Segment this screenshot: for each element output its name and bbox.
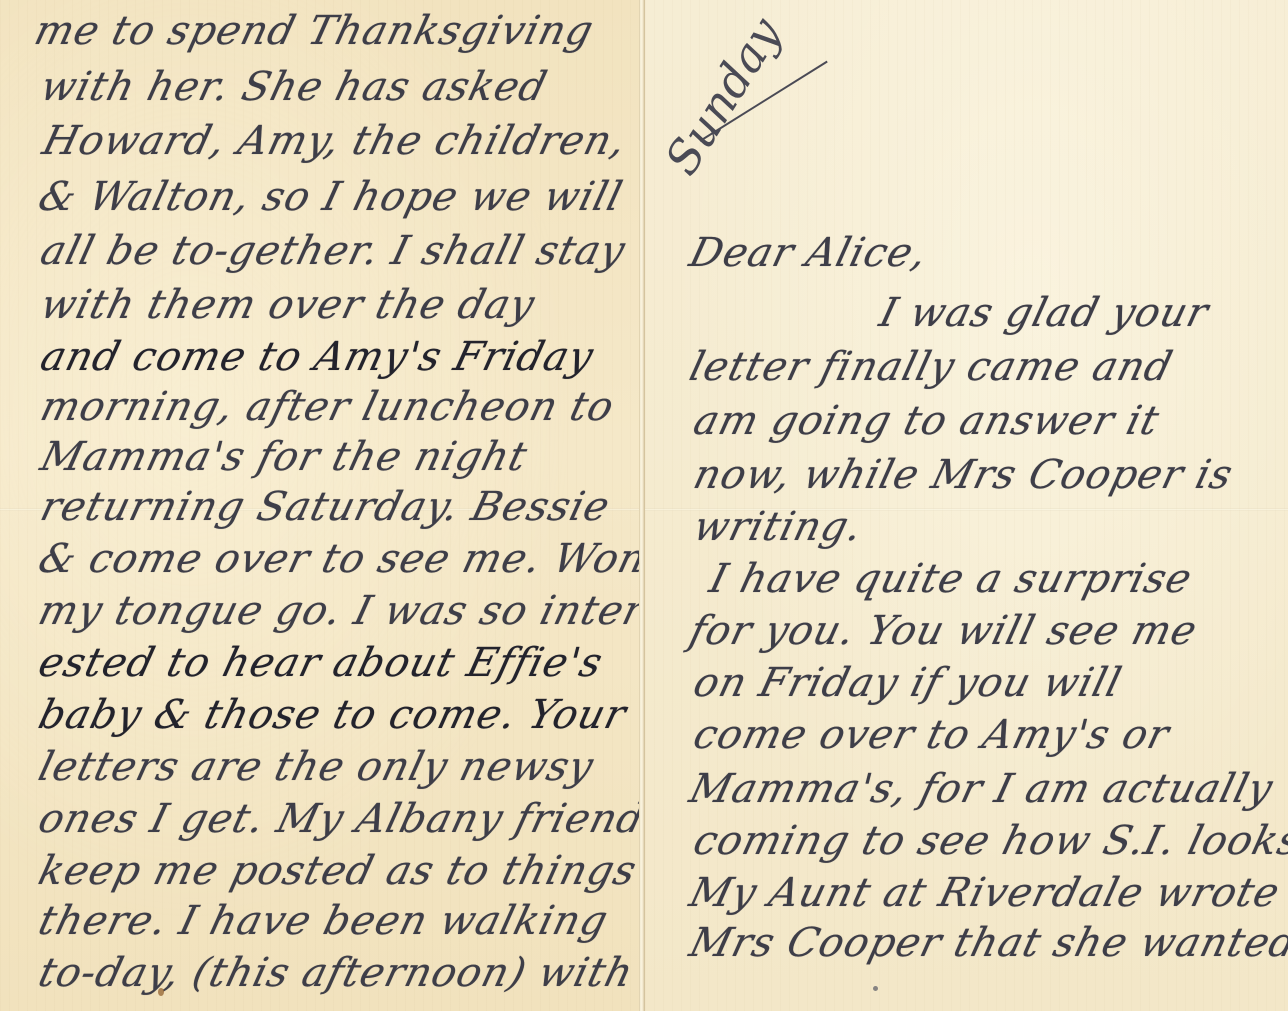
ink-spot	[873, 986, 878, 991]
right-line: My Aunt at Riverdale wrote	[685, 870, 1285, 916]
right-line: come over to Amy's or	[689, 712, 1174, 758]
right-line: on Friday if you will	[689, 660, 1127, 706]
left-line: Howard, Amy, the children,	[38, 118, 631, 164]
right-page: Dear Alice, I was glad your letter final…	[645, 0, 1288, 1011]
right-line: am going to answer it	[689, 398, 1164, 444]
left-line: keep me posted as to things	[34, 848, 639, 894]
right-line: now, while Mrs Cooper is	[689, 452, 1238, 498]
left-line: baby & those to come. Your	[34, 692, 631, 738]
left-line: to-day, (this afternoon) with	[34, 950, 638, 996]
left-page: me to spend Thanksgiving with her. She h…	[0, 0, 639, 1011]
right-line: coming to see how S.I. looks.	[689, 818, 1288, 864]
left-line: me to spend Thanksgiving	[30, 8, 599, 54]
left-line: my tongue go. I was so inter-	[34, 588, 639, 634]
left-line: Mamma's for the night	[36, 434, 532, 480]
left-line: ones I get. My Albany friends	[34, 796, 639, 842]
left-line: with them over the day	[36, 282, 540, 328]
salutation: Dear Alice,	[685, 230, 932, 276]
right-line: I was glad your	[875, 290, 1213, 336]
left-page-text: me to spend Thanksgiving with her. She h…	[0, 0, 639, 1011]
left-line: letters are the only newsy	[34, 744, 598, 790]
left-line: and come to Amy's Friday	[36, 334, 598, 380]
ink-spot	[158, 988, 164, 996]
left-line: ested to hear about Effie's	[34, 640, 608, 686]
left-line: there. I have been walking	[34, 898, 613, 944]
left-line: with her. She has asked	[36, 64, 552, 110]
left-line: returning Saturday. Bessie	[36, 484, 615, 530]
right-line: letter finally came and	[685, 344, 1177, 390]
right-line: Mrs Cooper that she wanted	[685, 920, 1288, 966]
letter-spread: me to spend Thanksgiving with her. She h…	[0, 0, 1288, 1011]
left-line: morning, after luncheon to	[36, 384, 619, 430]
left-line: & come over to see me. Won't	[34, 536, 639, 582]
right-line: Mamma's, for I am actually	[685, 766, 1278, 812]
right-page-text: Dear Alice, I was glad your letter final…	[645, 0, 1288, 1011]
right-line: for you. You will see me	[685, 608, 1202, 654]
right-line: I have quite a surprise	[705, 556, 1197, 602]
left-line: & Walton, so I hope we will	[34, 174, 627, 220]
left-line: all be to-gether. I shall stay	[36, 228, 630, 274]
right-line: writing.	[689, 504, 868, 550]
